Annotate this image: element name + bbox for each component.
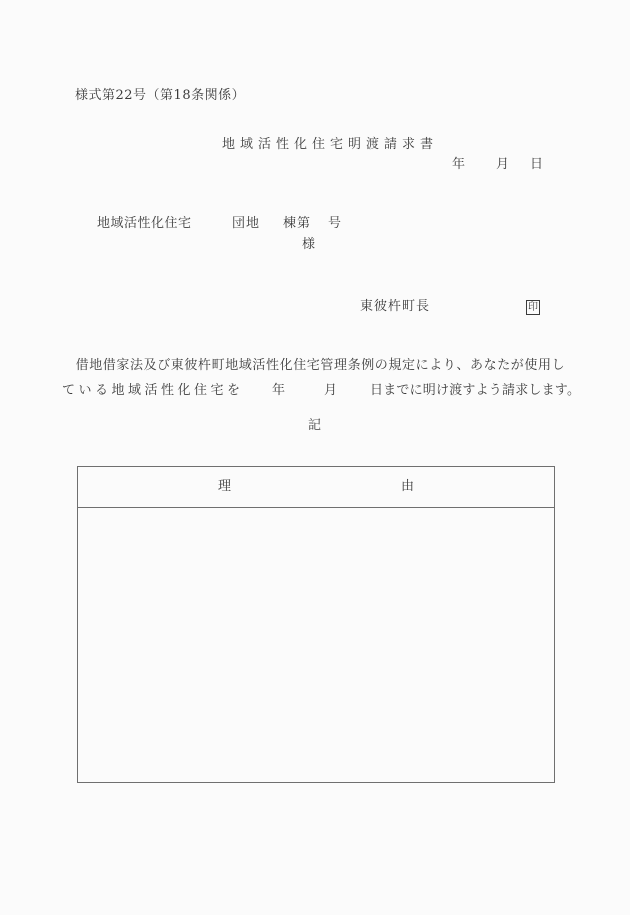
seal-mark: 印	[526, 300, 540, 315]
reason-header-left-char: 理	[218, 479, 231, 495]
body-month-label: 月	[324, 383, 337, 399]
header-date-month-label: 月	[496, 157, 509, 173]
header-date-day-label: 日	[530, 157, 543, 173]
reason-table-header: 理 由	[78, 467, 554, 508]
reason-table-body	[78, 508, 554, 782]
document-page: 様式第22号（第18条関係） 地域活性化住宅明渡請求書 年 月 日 地域活性化住…	[0, 0, 630, 915]
reason-table: 理 由	[77, 466, 555, 783]
addressee-estate-label: 団地	[232, 216, 260, 232]
addressee-unit-label: 号	[328, 216, 341, 232]
reason-header-right-char: 由	[401, 479, 414, 495]
body-text-line2-lead: ている地域活性化住宅を	[62, 383, 244, 399]
page-title: 地域活性化住宅明渡請求書	[222, 137, 438, 153]
issuer-title: 東彼杵町長	[360, 299, 430, 315]
addressee-housing-label: 地域活性化住宅	[97, 216, 192, 232]
addressee-building-label: 棟第	[283, 216, 311, 232]
body-text-line2-tail: 日までに明け渡すよう請求します。	[370, 383, 580, 399]
record-heading: 記	[0, 418, 630, 434]
form-number: 様式第22号（第18条関係）	[75, 88, 245, 104]
body-year-label: 年	[272, 383, 285, 399]
body-text-line1: 借地借家法及び東彼杵町地域活性化住宅管理条例の規定により、あなたが使用し	[62, 358, 565, 374]
header-date-year-label: 年	[452, 157, 465, 173]
addressee-honorific: 様	[302, 237, 315, 253]
